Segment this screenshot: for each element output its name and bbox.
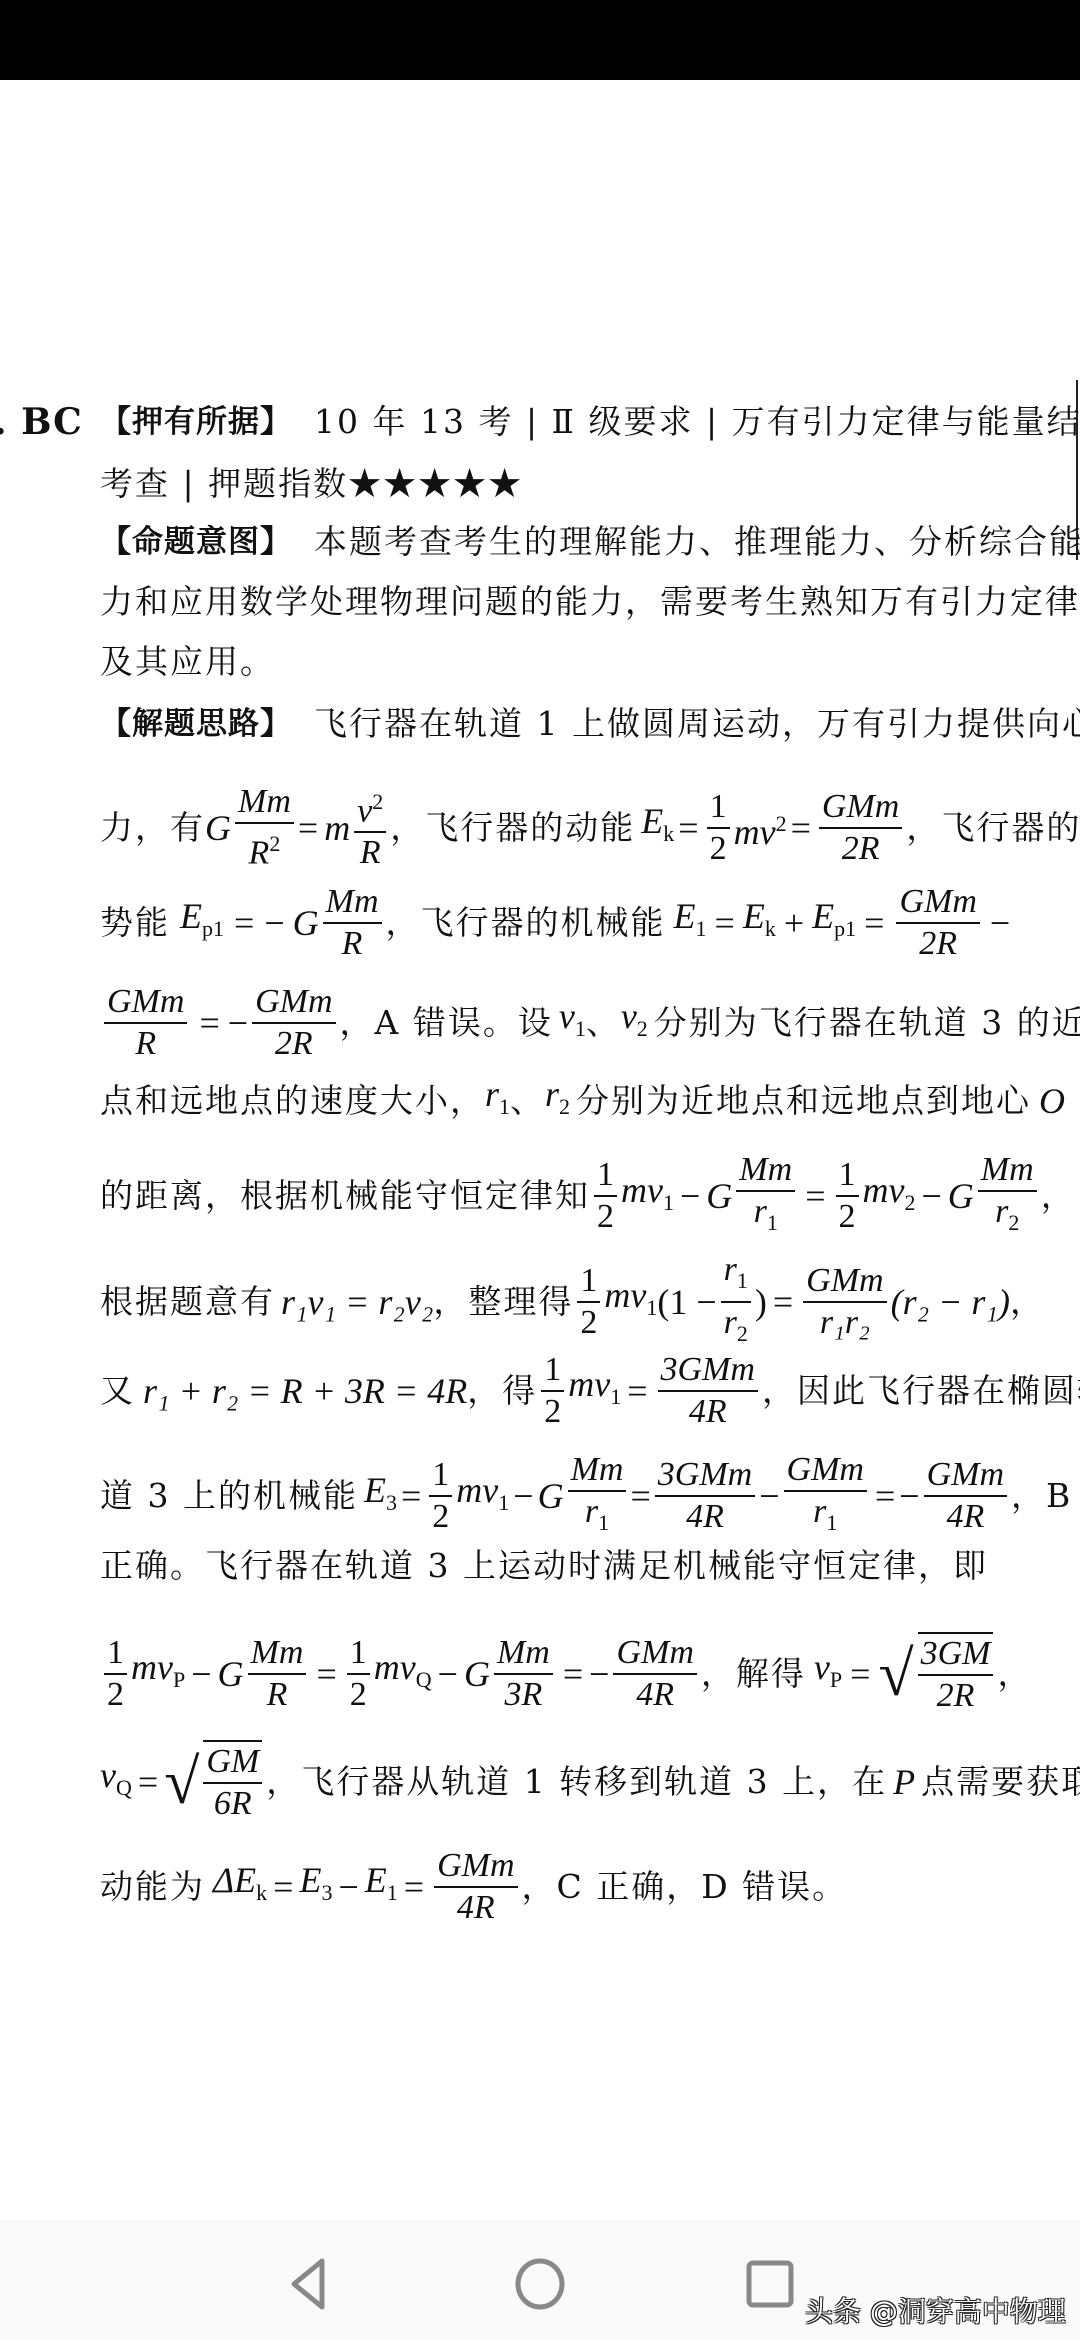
basis-line-1: 【押有所据】 10 年 13 考 | Ⅱ 级要求 | 万有引力定律与能量结合: [100, 400, 1065, 444]
solution-line-8: 又 r₁ + r₂ = R + 3R = 4R ，得 12 mv1 = 3GMm…: [100, 1350, 1065, 1432]
solution-line-11: 12 mvP − G MmR = 12 mvQ − G Mm3R = − GMm…: [100, 1632, 1065, 1716]
solution-line-7: 根据题意有 r₁v₁ = r₂v₂ ，整理得 12 mv1 (1 − r1r2 …: [100, 1250, 1065, 1354]
text: ，飞行器的动能: [390, 806, 635, 850]
text: 分别为飞行器在轨道 3 的近地: [654, 1001, 1080, 1045]
text: 力，有: [100, 806, 205, 850]
basis-text-1: 10 年 13 考 | Ⅱ 级要求 | 万有引力定律与能量结合: [314, 400, 1080, 444]
math: =: [298, 806, 318, 850]
intent-text-2: 力和应用数学处理物理问题的能力，需要考生熟知万有引力定律: [100, 580, 1080, 624]
solution-tag: 【解题思路】: [100, 702, 292, 746]
intent-line-2: 力和应用数学处理物理问题的能力，需要考生熟知万有引力定律: [100, 580, 1065, 624]
solution-line-10: 正确。飞行器在轨道 3 上运动时满足机械能守恒定律，即: [100, 1544, 1065, 1588]
solution-line-5: 点和远地点的速度大小， r1、r2 分别为近地点和远地点到地心 O: [100, 1072, 1065, 1129]
text: 的距离，根据机械能守恒定律知: [100, 1174, 590, 1218]
text: 又: [100, 1369, 135, 1413]
solution-line-6: 的距离，根据机械能守恒定律知 12 mv1 − G Mmr1 = 12 mv2 …: [100, 1150, 1065, 1243]
text: 动能为: [100, 1865, 205, 1909]
solution-line-9: 道 3 上的机械能 E3 = 12 mv1 − G Mmr1 = 3GMm4R …: [100, 1450, 1065, 1543]
text: ，A 错误。设: [340, 1001, 553, 1045]
fraction: MmR2: [235, 782, 294, 873]
text: 分别为近地点和远地点到地心: [576, 1079, 1031, 1123]
intent-text-3: 及其应用。: [100, 640, 275, 684]
intent-text-1: 本题考查考生的理解能力、推理能力、分析综合能: [314, 520, 1080, 564]
text: ，飞行器从轨道 1 转移到轨道 3 上，在: [266, 1760, 887, 1804]
basis-tag: 【押有所据】: [100, 400, 292, 444]
basis-line-2: 考查 | 押题指数★★★★★: [100, 462, 1065, 506]
status-bar: [0, 0, 1080, 80]
math: G: [205, 806, 231, 850]
intent-line-3: 及其应用。: [100, 640, 1065, 684]
square-root: √GM6R: [164, 1740, 266, 1824]
recents-button[interactable]: [742, 2256, 798, 2312]
fraction: v2R: [354, 782, 386, 873]
back-icon: [286, 2257, 330, 2311]
text: ，C 正确，D 错误。: [522, 1865, 848, 1909]
text: 点和远地点的速度大小，: [100, 1079, 485, 1123]
square-root: √3GM2R: [878, 1632, 997, 1716]
text: ，飞行器的机械能: [386, 901, 666, 945]
solution-line-3: 势能 Ep1 = − G MmR ，飞行器的机械能 E1 = Ek + Ep1 …: [100, 882, 1065, 964]
answer-label: . BC: [0, 400, 83, 444]
solution-line-1: 【解题思路】 飞行器在轨道 1 上做圆周运动，万有引力提供向心: [100, 702, 1065, 746]
solution-line-2: 力，有 G MmR2 = m v2R ，飞行器的动能 Ek = 12 mv2 =…: [100, 782, 1065, 873]
text: 势能: [100, 901, 170, 945]
text: 正确。飞行器在轨道 3 上运动时满足机械能守恒定律，即: [100, 1544, 988, 1588]
text: ，整理得: [433, 1280, 573, 1324]
basis-text-2: 考查 | 押题指数★★★★★: [100, 462, 523, 506]
text: ，B: [1011, 1474, 1072, 1518]
text: 点需要获取的: [921, 1760, 1080, 1804]
text: 根据题意有: [100, 1280, 275, 1324]
intent-line-1: 【命题意图】 本题考查考生的理解能力、推理能力、分析综合能: [100, 520, 1065, 564]
recents-icon: [745, 2259, 795, 2309]
solution-text-1: 飞行器在轨道 1 上做圆周运动，万有引力提供向心: [314, 702, 1080, 746]
intent-tag: 【命题意图】: [100, 520, 292, 564]
math: m: [324, 806, 350, 850]
text: ，解得: [701, 1652, 806, 1696]
text: ，得: [467, 1369, 537, 1413]
watermark: 头条 @洞穿高中物理: [805, 2290, 1066, 2330]
home-button[interactable]: [512, 2256, 568, 2312]
back-button[interactable]: [280, 2256, 336, 2312]
text: ，因此飞行器在椭圆轨: [762, 1369, 1080, 1413]
solution-line-4: GMmR = − GMm2R ，A 错误。设 v1、v2 分别为飞行器在轨道 3…: [100, 982, 1065, 1064]
text: ，飞行器的: [906, 806, 1080, 850]
text: 道 3 上的机械能: [100, 1474, 358, 1518]
home-icon: [513, 2257, 567, 2311]
solution-line-12: vQ = √GM6R ，飞行器从轨道 1 转移到轨道 3 上，在 P 点需要获取…: [100, 1740, 1065, 1824]
solution-line-13: 动能为 ΔEk = E3 − E1 = GMm4R ，C 正确，D 错误。: [100, 1846, 1065, 1928]
